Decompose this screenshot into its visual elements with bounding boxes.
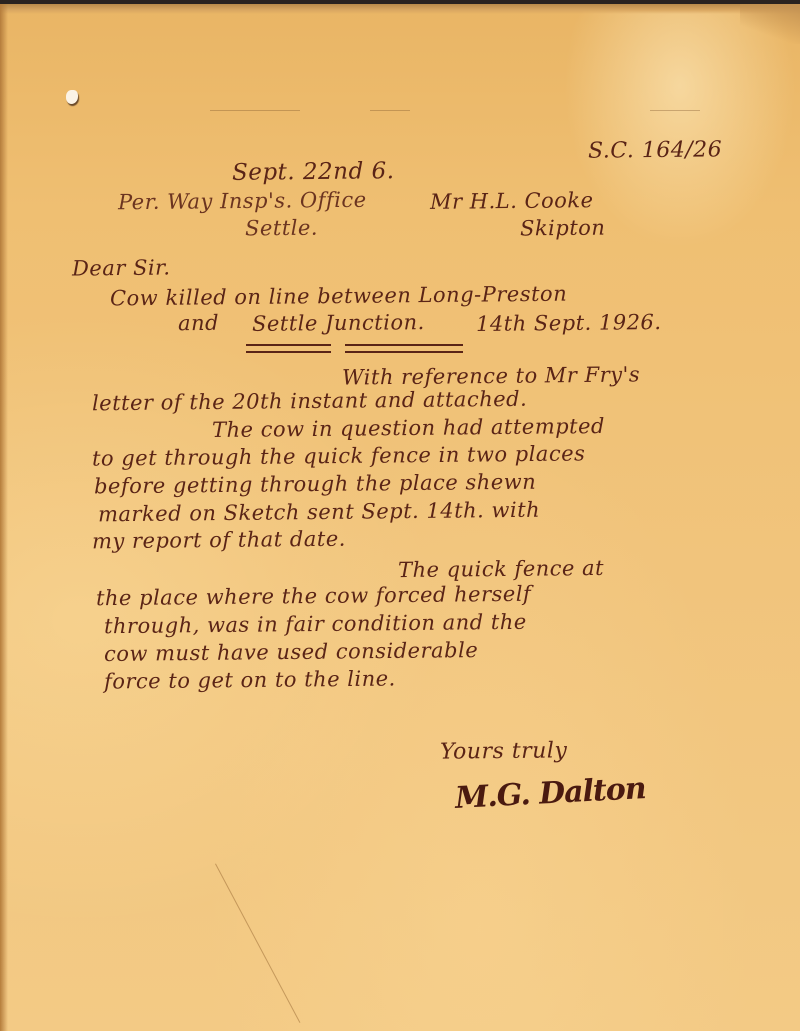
reference-number: S.C. 164/26 — [588, 137, 722, 163]
body-line: my report of that date. — [92, 527, 346, 554]
paper-hole — [66, 90, 78, 104]
body-line: The cow in question had attempted — [212, 414, 605, 442]
body-line: The quick fence at — [398, 556, 604, 582]
subject-underline — [246, 344, 331, 353]
body-line: before getting through the place shewn — [94, 470, 536, 499]
body-line: With reference to Mr Fry's — [342, 362, 640, 389]
faint-rule — [370, 110, 410, 111]
recipient-town: Skipton — [520, 216, 606, 241]
body-line: to get through the quick fence in two pl… — [92, 441, 586, 470]
torn-top-edge — [0, 4, 800, 14]
body-line: the place where the cow forced herself — [96, 582, 531, 611]
body-line: through, was in fair condition and the — [104, 610, 527, 638]
subject-date: 14th Sept. 1926. — [476, 310, 662, 336]
body-line: letter of the 20th instant and attached. — [92, 387, 527, 416]
signature: M.G. Dalton — [454, 771, 646, 816]
salutation: Dear Sir. — [72, 255, 171, 280]
left-edge-shadow — [0, 4, 8, 1031]
subject-line-2-prefix: and — [178, 311, 219, 335]
body-line: cow must have used considerable — [104, 638, 478, 666]
paper-crease — [215, 864, 300, 1023]
recipient-name: Mr H.L. Cooke — [430, 188, 594, 214]
letter-date: Sept. 22nd 6. — [232, 158, 395, 186]
subject-place: Settle Junction. — [252, 310, 425, 336]
body-line: marked on Sketch sent Sept. 14th. with — [98, 498, 540, 527]
faint-rule — [650, 110, 700, 111]
sender-office: Per. Way Insp's. Office — [118, 188, 367, 215]
sender-town: Settle. — [245, 216, 318, 241]
folded-corner — [740, 4, 800, 44]
subject-line-1: Cow killed on line between Long-Preston — [110, 282, 567, 311]
body-line: force to get on to the line. — [104, 666, 396, 693]
faint-rule — [210, 110, 300, 111]
closing: Yours truly — [440, 738, 568, 764]
subject-underline — [345, 344, 463, 353]
letter-page: S.C. 164/26 Sept. 22nd 6. Per. Way Insp'… — [0, 4, 800, 1031]
